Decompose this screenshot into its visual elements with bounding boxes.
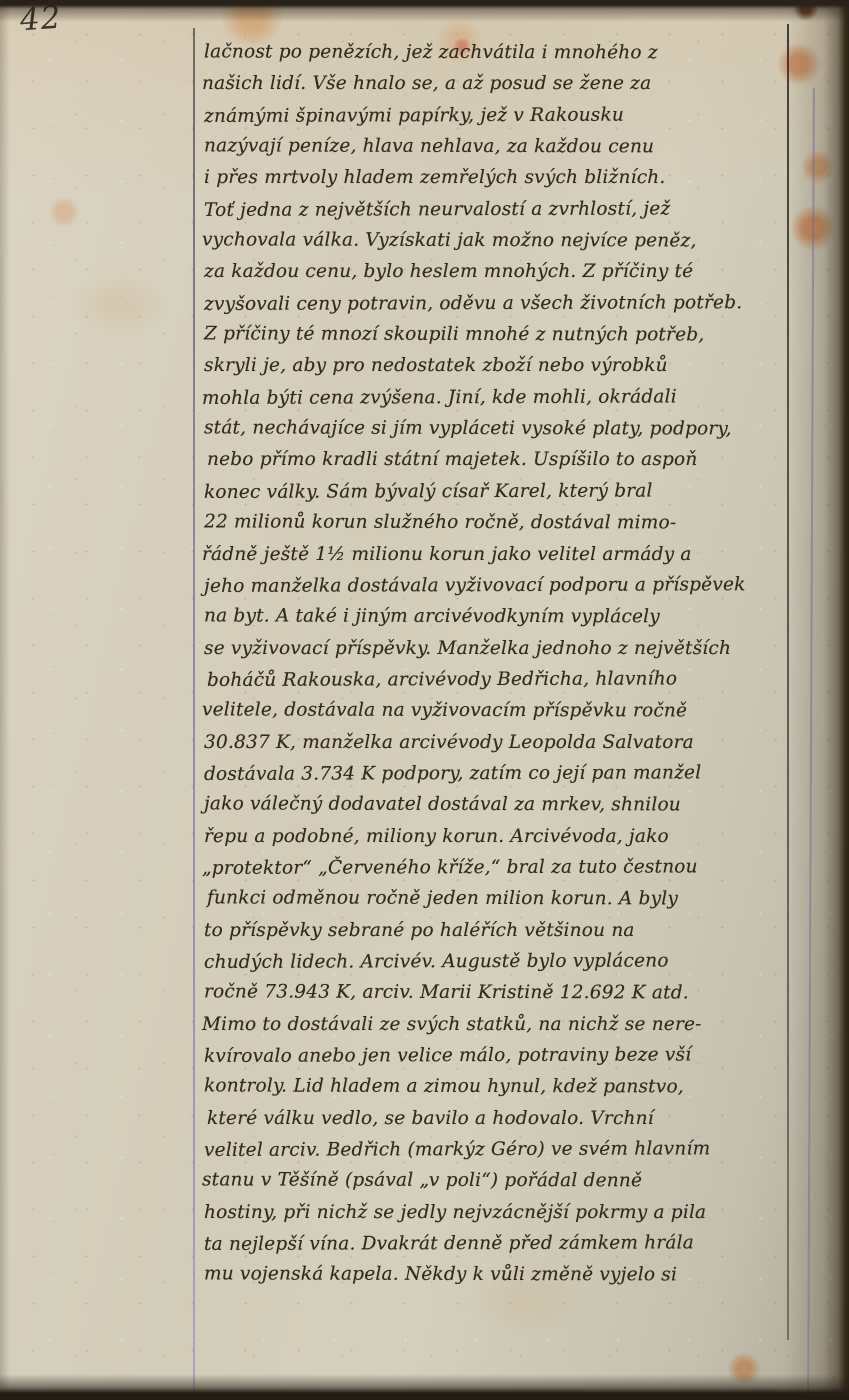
manuscript-page: 42 lačnost po penězích, jež zachvátila i… [0, 0, 849, 1400]
text-line: Toť jedna z největších neurvalostí a zvr… [204, 193, 796, 226]
text-line: ta nejlepší vína. Dvakrát denně před zám… [204, 1227, 796, 1260]
text-line: skryli je, aby pro nedostatek zboží nebo… [204, 350, 796, 381]
text-line: řádně ještě 1½ milionu korun jako velite… [202, 539, 796, 570]
text-line: našich lidí. Vše hnalo se, a až posud se… [202, 68, 796, 99]
page-edge-left [0, 0, 10, 1400]
text-line: stát, nechávajíce si jím vypláceti vysok… [204, 413, 796, 446]
text-line: Z příčiny té mnozí skoupili mnohé z nutn… [204, 318, 796, 351]
text-line: dostávala 3.734 K podpory, zatím co její… [204, 757, 796, 790]
text-line: ročně 73.943 K, arciv. Marii Kristině 12… [204, 977, 796, 1010]
text-line: za každou cenu, bylo heslem mnohých. Z p… [204, 256, 796, 287]
text-line: vychovala válka. Vyzískati jak možno nej… [202, 224, 796, 257]
text-line: Mimo to dostávali ze svých statků, na ni… [202, 1009, 796, 1040]
text-line: velitele, dostávala na vyživovacím přísp… [202, 695, 796, 728]
text-line: jeho manželka dostávala vyživovací podpo… [204, 569, 796, 602]
text-line: nazývají peníze, hlava nehlava, za každo… [204, 130, 796, 163]
text-line: kontroly. Lid hladem a zimou hynul, kdež… [204, 1071, 796, 1104]
text-line: řepu a podobné, miliony korun. Arcivévod… [204, 821, 796, 852]
text-line: 30.837 K, manželka arcivévody Leopolda S… [204, 727, 796, 758]
page-edge-right [785, 0, 849, 1400]
text-line: zvyšovali ceny potravin, oděvu a všech ž… [204, 287, 796, 320]
page-edge-top [0, 0, 849, 22]
text-line: které válku vedlo, se bavilo a hodovalo.… [207, 1103, 796, 1134]
text-line: se vyživovací příspěvky. Manželka jednoh… [204, 633, 796, 664]
manuscript-text: lačnost po penězích, jež zachvátila i mn… [204, 37, 796, 1291]
text-line: i přes mrtvoly hladem zemřelých svých bl… [204, 162, 796, 193]
text-line: mu vojenská kapela. Někdy k vůli změně v… [204, 1259, 796, 1292]
text-line: „protektor“ „Červeného kříže,“ bral za t… [202, 851, 796, 884]
text-line: jako válečný dodavatel dostával za mrkev… [204, 789, 796, 822]
text-line: konec války. Sám bývalý císař Karel, kte… [204, 475, 796, 508]
text-line: 22 milionů korun služného ročně, dostáva… [204, 507, 796, 540]
text-line: velitel arciv. Bedřich (markýz Géro) ve … [204, 1133, 796, 1166]
page-edge-bottom [0, 1374, 849, 1400]
text-line: mohla býti cena zvýšena. Jiní, kde mohli… [202, 381, 796, 414]
text-line: na byt. A také i jiným arcivévodkyním vy… [204, 601, 796, 634]
text-line: kvírovalo anebo jen velice málo, potravi… [204, 1039, 796, 1072]
text-line: boháčů Rakouska, arcivévody Bedřicha, hl… [207, 663, 796, 696]
text-line: stanu v Těšíně (psával „v poli“) pořádal… [202, 1165, 796, 1198]
text-line: chudých lidech. Arcivév. Augustě bylo vy… [204, 945, 796, 978]
text-line: hostiny, při nichž se jedly nejvzácnější… [204, 1197, 796, 1228]
text-line: to příspěvky sebrané po haléřích většino… [204, 915, 796, 946]
left-margin-ruling [193, 28, 195, 1400]
text-line: lačnost po penězích, jež zachvátila i mn… [204, 36, 796, 69]
text-line: funkci odměnou ročně jeden milion korun.… [207, 883, 796, 916]
text-line: nebo přímo kradli státní majetek. Uspíši… [207, 444, 796, 475]
text-line: známými špinavými papírky, jež v Rakousk… [204, 99, 796, 132]
